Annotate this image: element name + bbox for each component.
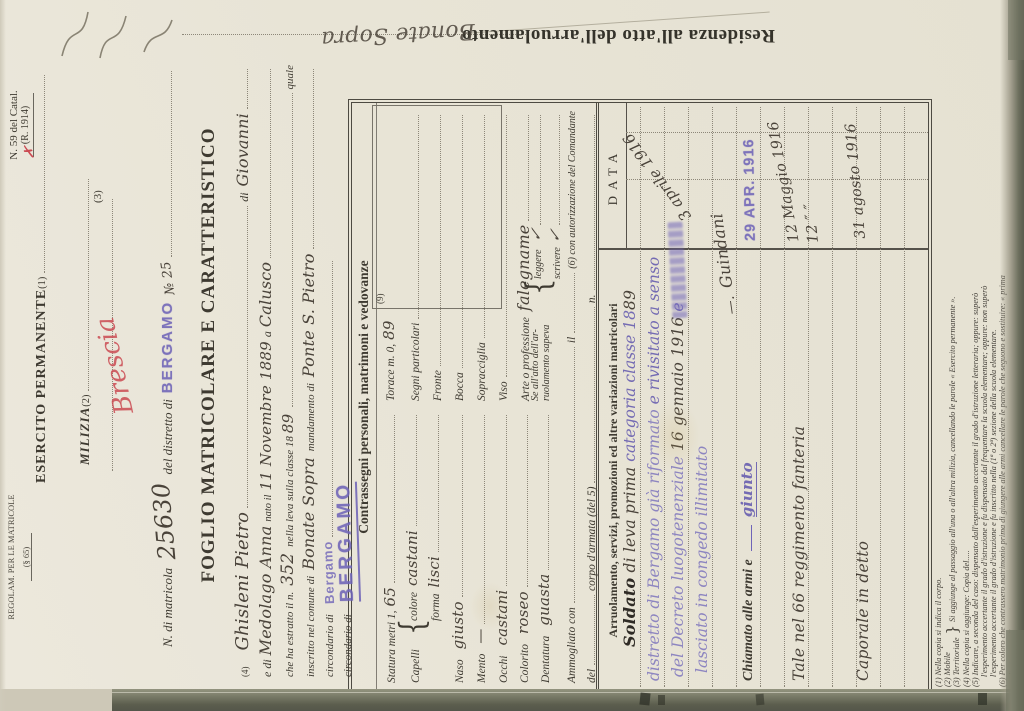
di-label: di xyxy=(237,192,252,201)
esercito-note: (1) xyxy=(37,277,48,289)
dotted-line xyxy=(513,415,528,587)
ruled-line xyxy=(736,107,737,687)
matricola-line: N. di matricola 25630 del distretto di B… xyxy=(150,67,178,647)
dotted-line xyxy=(470,115,485,338)
corner-shadow xyxy=(1006,630,1024,711)
leva-number: 352 xyxy=(278,553,298,586)
dotted-line xyxy=(580,115,595,290)
leggere-mark: ✓ xyxy=(527,226,545,245)
dentatura-value: guasta xyxy=(535,574,553,626)
footnote-2-3-text: Si aggiunge al passaggio all'una o all'a… xyxy=(948,297,957,622)
ruled-line xyxy=(880,107,881,687)
regulation-line1: REGOLAM. PER LE MATRICOLE xyxy=(6,467,16,647)
dotted-line xyxy=(545,115,560,225)
page-edge-mark xyxy=(756,694,765,706)
esercito-line: ESERCITO PERMANENTE (1) xyxy=(30,71,50,483)
dotted-line xyxy=(492,415,507,586)
dotted-line xyxy=(233,69,248,109)
statura-row: Statura metri 1, 65 xyxy=(380,411,399,683)
section-divider xyxy=(596,103,599,691)
page-title: FOGLIO MATRICOLARE E CARATTERISTICO xyxy=(198,59,220,651)
left-edge-shade xyxy=(0,0,6,711)
dotted-line xyxy=(402,415,417,526)
page-title-text: FOGLIO MATRICOLARE E CARATTERISTICO xyxy=(198,128,219,583)
birth-date: 11 Novembre 1889 xyxy=(257,341,275,490)
mento-value: — xyxy=(471,628,489,643)
dotted-line xyxy=(580,595,595,665)
entry1-date: 3 aprile 1916 xyxy=(619,130,695,225)
regulation-reference: REGOLAM. PER LE MATRICOLE (§ 65) xyxy=(6,467,34,647)
sapeva-brace: { xyxy=(520,278,558,295)
red-ink-annotation: Brescia xyxy=(90,314,140,417)
colorito-label: Colorito xyxy=(519,644,531,683)
dotted-line xyxy=(534,415,549,570)
footnote-2: (2) Mobile xyxy=(943,637,952,687)
identity-line-1: (4) Ghisleni Pietro di Giovanni xyxy=(232,65,253,677)
ammogliato-row: Ammogliato con il (6) con autorizzazione… xyxy=(560,111,578,683)
page-edge-mark xyxy=(639,693,650,706)
adjacent-header-flipped: Residenza all'atto dell'arruolamento Bon… xyxy=(185,12,775,58)
fronte-label: Fronte xyxy=(432,370,444,401)
page-edge-mark xyxy=(658,695,665,705)
sapeva-line2: ruolamento sapeva xyxy=(541,291,552,401)
corner-shadow xyxy=(1008,0,1024,60)
dentatura-row: Dentatura guasta xyxy=(534,411,553,683)
dotted-line xyxy=(318,261,333,537)
leggere-row: leggere ✓ xyxy=(526,111,545,279)
dotted-line xyxy=(448,115,463,368)
il-label: il xyxy=(566,337,578,343)
entry3-line: Tale nel 66 reggimento fanteria xyxy=(790,426,809,681)
footnote-1: (1) Nella copia si indica il corpo. xyxy=(934,47,943,687)
footnote-3: (3) Territoriale xyxy=(952,637,961,687)
footnote-5c: l'esperimento accertante il grado d'istr… xyxy=(989,47,998,687)
footnote-5a: (5) Indicare, a seconda del caso: dispen… xyxy=(971,47,980,687)
entry1-line2: distretto di Bergamo già riformato e riv… xyxy=(645,257,664,681)
entry4-text: Caporale in detto xyxy=(854,541,872,681)
identity-line-2: e di Medolago Anna nato il 11 Novembre 1… xyxy=(256,65,275,677)
circondario-label-1: circondario di xyxy=(324,614,336,677)
sapeva-label-block: Se all'atto dell'ar- ruolamento sapeva xyxy=(530,291,552,401)
naso-label: Naso xyxy=(454,659,466,683)
book-pages-edge xyxy=(0,689,1024,711)
circondario-label-2: circondario di xyxy=(342,614,354,677)
esercito-label: ESERCITO PERMANENTE xyxy=(34,289,50,483)
identity-line-6: circondario di BERGAMO xyxy=(335,257,359,677)
footnote-5b: l'esperimento accertante il grado d'istr… xyxy=(980,47,989,687)
entry1-data-decreto: 16 gennaio 1916 xyxy=(669,317,687,452)
matricola-label: N. di matricola xyxy=(160,568,176,647)
entry1-line4: lasciato in congedo illimitato xyxy=(693,446,712,673)
page-curl-shadow xyxy=(1000,0,1024,711)
entry1-congedo: lasciato in congedo illimitato xyxy=(693,446,711,673)
dotted-line xyxy=(233,206,248,508)
mento-label: Mento xyxy=(476,654,488,683)
dotted-line xyxy=(278,93,293,406)
torace-value: 89 xyxy=(380,320,398,340)
ruled-line xyxy=(904,107,905,687)
identity-line-4: inscritto nel comune di Bonate Sopra man… xyxy=(299,65,318,677)
occhi-value: castani xyxy=(493,590,511,646)
milizia-label: MILIZIA xyxy=(77,407,93,465)
quale-label: quale xyxy=(284,65,296,89)
catalog-line1: N. 59 del Catal. xyxy=(8,55,20,195)
dotted-line xyxy=(560,347,575,603)
dotted-line xyxy=(426,115,441,366)
entry2-printed: Chiamato alle armi e xyxy=(741,559,756,681)
birth-place: Calusco xyxy=(256,262,275,327)
adjacent-header-text: Residenza all'atto dell'arruolamento xyxy=(461,24,775,46)
entry3-text: Tale nel 66 reggimento fanteria xyxy=(790,426,808,681)
ruled-line xyxy=(688,107,689,687)
sopracciglia-label: Sopracciglia xyxy=(476,342,488,401)
servizio-header-text: Arruolamento, servizi, promozioni ed alt… xyxy=(606,303,620,637)
forma-label: forma xyxy=(430,594,442,621)
dotted-line xyxy=(448,415,463,597)
data-header-underline xyxy=(626,103,627,250)
entry1-line1: Soldato di leva prima categoria classe 1… xyxy=(620,290,640,647)
note-4: (4) xyxy=(240,667,250,678)
footnote-2-3-group: (2) Mobile (3) Territoriale } Si aggiung… xyxy=(943,47,961,687)
corpo-armata-row: del corpo d'armata (del 5) n. xyxy=(580,111,598,683)
sopracciglia-row: Sopracciglia xyxy=(470,111,488,401)
data-column-line xyxy=(599,249,928,251)
estratto-label: che ha estratto il n. xyxy=(284,592,296,677)
entry4-date: 31 agosto 1916 xyxy=(843,122,869,239)
colorito-value: roseo xyxy=(514,591,532,634)
comune-value: Bonate Sopra xyxy=(299,457,318,570)
entry1-distretto: distretto di Bergamo già riformato xyxy=(645,404,663,681)
dotted-line xyxy=(256,69,271,258)
colorito-row: Colorito roseo xyxy=(513,411,532,683)
capelli-forma-row: forma lisci xyxy=(424,411,443,621)
record-sheet: REGOLAM. PER LE MATRICOLE (§ 65) N. 59 d… xyxy=(0,0,1024,711)
footnote-stack: (2) Mobile (3) Territoriale xyxy=(943,637,961,687)
torn-page-edge xyxy=(0,689,112,711)
torace-label: Torace m. 0, xyxy=(385,344,397,401)
entry2-dash xyxy=(741,525,752,551)
dotted-line xyxy=(380,415,395,583)
ammogliato-label: Ammogliato con xyxy=(566,607,578,683)
classe-value: 89 xyxy=(279,414,297,434)
entry1-decreto: del Decreto luogotenenziale xyxy=(669,451,687,677)
occhi-row: Occhi castani xyxy=(492,411,511,683)
viso-label: Viso xyxy=(498,381,510,401)
segni-row: Segni particolari xyxy=(404,111,422,401)
entry1-categoria: categoria classe 18 xyxy=(621,310,639,462)
ruled-line xyxy=(712,107,713,687)
father-name: Giovanni xyxy=(233,113,252,186)
naso-row: Naso giusto xyxy=(448,411,467,683)
bergamo-stamp-large: BERGAMO xyxy=(333,482,361,603)
bocca-label: Bocca xyxy=(454,372,466,401)
data-header-text: DATA xyxy=(605,148,620,206)
capelli-colore-row: colore castani xyxy=(402,411,421,621)
milizia-note: (2) xyxy=(81,395,92,407)
leggere-label: leggere xyxy=(533,249,544,279)
entry4-line: Caporale in detto xyxy=(854,541,873,681)
dotted-line xyxy=(492,115,507,377)
classe-label: nella leva sulla classe 18 xyxy=(284,436,296,547)
page-edge-highlight xyxy=(112,692,1024,693)
a-label: a xyxy=(260,331,275,337)
forma-value: lisci xyxy=(425,556,443,588)
scanned-military-record: { "colors": { "paper": "#e9e5d8", "print… xyxy=(0,0,1024,711)
regulation-line2: (§ 65) xyxy=(21,533,32,582)
dotted-line xyxy=(74,179,89,391)
dotted-line xyxy=(580,307,595,482)
mother-name: Medolago Anna xyxy=(256,526,275,656)
dotted-line xyxy=(299,69,314,249)
adjacent-written-text: Bonate Sopra xyxy=(321,18,476,51)
occhi-label: Occhi xyxy=(498,656,510,683)
entry1-dileva: di leva prima xyxy=(621,462,639,578)
fronte-row: Fronte xyxy=(426,111,444,401)
dotted-line xyxy=(30,75,45,273)
autorizzazione-label: (6) con autorizzazione del Comandante xyxy=(567,111,578,269)
entry3-date: 12 Maggio 1916 xyxy=(765,120,802,244)
soldier-name: Ghisleni Pietro xyxy=(232,512,253,651)
viso-row: Viso xyxy=(492,111,510,401)
entry1-rivisitato: e rivisitato a senso xyxy=(645,257,663,405)
note-3: (3) xyxy=(92,190,104,203)
ruled-line xyxy=(640,107,641,687)
footnote-4: (4) Nella copia si aggiunge: Copia del..… xyxy=(962,47,971,687)
red-x-mark: ✗ xyxy=(19,145,39,160)
mento-row: Mento — xyxy=(470,411,489,683)
adjacent-page-strip: Residenza all'atto dell'arruolamento Bon… xyxy=(0,0,1024,64)
comune-label: inscritto nel comune di xyxy=(305,576,317,677)
sapeva-line1: Se all'atto dell'ar- xyxy=(530,291,541,401)
dotted-line xyxy=(560,273,575,333)
edi-label: e di xyxy=(260,659,275,677)
dotted-line xyxy=(526,115,541,225)
entry1-soldato: Soldato xyxy=(620,578,639,647)
entry2-date-stamp: 29 APR. 1916 xyxy=(741,138,759,241)
bergamo-stamp: BERGAMO xyxy=(159,301,176,393)
entry1-classe: 89 xyxy=(621,290,639,310)
mandamento-value: Ponte S. Pietro xyxy=(299,253,318,377)
distretto-label: del distretto di xyxy=(160,399,176,474)
page-edge-mark xyxy=(978,693,987,705)
dotted-line xyxy=(157,71,172,257)
data-column-header: DATA xyxy=(604,103,622,250)
ruled-line xyxy=(760,107,761,687)
entry2-giunto: giunto xyxy=(738,462,757,517)
colore-value: castani xyxy=(403,530,421,586)
nato-label: nato il xyxy=(263,495,274,522)
signature-dash: —. xyxy=(722,295,740,316)
footnote-brace: } xyxy=(943,625,961,635)
numero-annotation: № 25 xyxy=(159,260,179,296)
identity-line-3: che ha estratto il n. 352 nella leva sul… xyxy=(278,65,298,677)
segni-label: Segni particolari xyxy=(410,323,422,401)
bocca-row: Bocca xyxy=(448,111,466,401)
entry1-line3: del Decreto luogotenenziale 16 gennaio 1… xyxy=(669,302,688,677)
dotted-line xyxy=(404,115,419,319)
statura-value: 65 xyxy=(381,587,399,607)
naso-value: giusto xyxy=(449,601,467,649)
colore-label: colore xyxy=(408,592,420,621)
dotted-line xyxy=(424,415,439,552)
identity-line-5: circondario di Bergamo xyxy=(318,257,336,677)
note-9: (9) xyxy=(375,294,385,305)
mandamento-label: mandamento di xyxy=(305,383,317,451)
entry3-date-ditto: 12 ″ ″ xyxy=(802,203,822,244)
dentatura-label: Dentatura xyxy=(540,636,552,683)
entry2-line: Chiamato alle armi e giunto xyxy=(738,462,757,681)
capelli-label: Capelli xyxy=(410,649,422,683)
ruled-line xyxy=(832,107,833,687)
record-table: Contrassegni personali, matrimoni e vedo… xyxy=(348,99,932,695)
dotted-line xyxy=(470,415,485,624)
matricola-number: 25630 xyxy=(147,481,182,561)
